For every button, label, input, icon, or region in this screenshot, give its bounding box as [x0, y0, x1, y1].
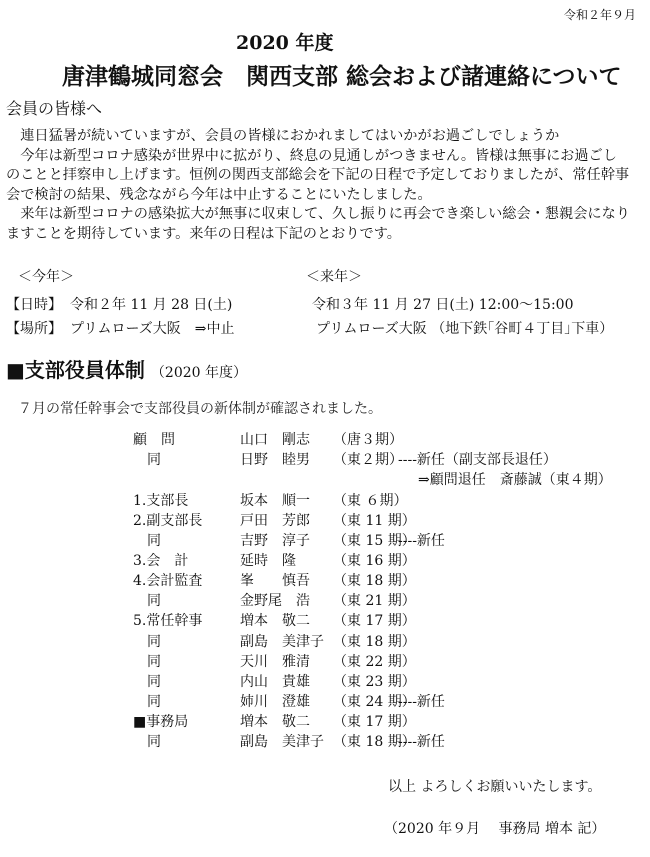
roster-name: 増本 敬二	[240, 610, 310, 630]
year-title: 2020 年度	[236, 28, 334, 55]
roster-term: （東２期）	[333, 449, 403, 469]
document-date: 令和２年９月	[564, 6, 636, 23]
roster-name: 内山 貴雄	[240, 671, 310, 691]
roster-name: 山口 剛志	[240, 429, 310, 449]
roster-name: 峯 慎吾	[240, 570, 310, 590]
roster-role: 同	[133, 530, 161, 550]
body-line: 会で検討の結果、残念ながら今年は中止することにいたしました。	[6, 186, 646, 206]
roster-name: 姉川 澄雄	[240, 691, 310, 711]
place-label: 【場所】	[6, 318, 62, 338]
body-text: 連日猛暑が続いていますが、会員の皆様におかれましてはいかがお過ごしでしょうか 今…	[6, 127, 646, 244]
body-line: 今年は新型コロナ感染が世界中に拡がり、終息の見通しがつきません。皆様は無事にお過…	[6, 147, 646, 167]
roster-term: （東 ６期）	[333, 490, 407, 510]
roster-role: 同	[133, 631, 161, 651]
roster-name: 戸田 芳郎	[240, 510, 310, 530]
roster-term: （唐３期）	[333, 429, 403, 449]
roster-name: 日野 睦男	[240, 449, 310, 469]
closing-text: 以上 よろしくお願いいたします。	[388, 776, 601, 796]
next-year-date: 令和３年 11 月 27 日(土) 12:00～15:00	[312, 294, 574, 314]
body-line: 連日猛暑が続いていますが、会員の皆様におかれましてはいかがお過ごしでしょうか	[6, 127, 646, 147]
roster-role: ■事務局	[133, 711, 188, 731]
date-label: 【日時】	[6, 294, 62, 314]
roster-name: 金野尾 浩	[240, 590, 310, 610]
main-title: 唐津鶴城同窓会 関西支部 総会および諸連絡について	[62, 58, 622, 91]
roster-role: 同	[133, 671, 161, 691]
next-year-label: ＜来年＞	[306, 266, 362, 286]
roster-note: ----新任	[398, 530, 445, 550]
roster-role: 5.常任幹事	[133, 610, 202, 630]
body-line: 来年は新型コロナの感染拡大が無事に収束して、久し振りに再会でき楽しい総会・懇親会…	[6, 205, 646, 225]
this-year-date: 令和２年 11 月 28 日(土)	[70, 294, 232, 314]
roster-name: 吉野 淳子	[240, 530, 310, 550]
roster-name: 坂本 順一	[240, 490, 310, 510]
body-line: ますことを期待しています。来年の日程は下記のとおりです。	[6, 225, 646, 245]
section-subtitle: （2020 年度）	[151, 365, 247, 381]
roster-term: （東 16 期）	[333, 550, 416, 570]
roster-role: 同	[133, 590, 161, 610]
roster-name: 延時 隆	[240, 550, 296, 570]
salutation: 会員の皆様へ	[6, 96, 102, 119]
body-line: のことと拝察申し上げます。恒例の関西支部総会を下記の日程で予定しておりましたが、…	[6, 166, 646, 186]
roster-role: 同	[133, 691, 161, 711]
signature: （2020 年９月 事務局 増本 記）	[384, 818, 605, 838]
roster-note: ----新任	[398, 731, 445, 751]
this-year-place: プリムローズ大阪 ⇒中止	[70, 318, 234, 338]
roster-role: 顧 問	[133, 429, 175, 449]
roster-role: 同	[133, 449, 161, 469]
roster-role: 同	[133, 731, 161, 751]
section-heading: ■支部役員体制（2020 年度）	[6, 354, 247, 383]
roster-term: （東 23 期）	[333, 671, 416, 691]
roster-term: （東 17 期）	[333, 610, 416, 630]
roster-term: （東 22 期）	[333, 651, 416, 671]
roster-term: （東 18 期）	[333, 570, 416, 590]
this-year-label: ＜今年＞	[18, 266, 74, 286]
roster-role: 3.会 計	[133, 550, 188, 570]
roster-note: ⇒顧問退任 斎藤誠（東４期）	[418, 469, 612, 489]
section-title: ■支部役員体制	[6, 358, 145, 382]
roster-term: （東 18 期）	[333, 631, 416, 651]
roster-role: 1.支部長	[133, 490, 188, 510]
roster-name: 副島 美津子	[240, 731, 324, 751]
roster-note: ----新任	[398, 691, 445, 711]
roster-role: 同	[133, 651, 161, 671]
confirm-text: ７月の常任幹事会で支部役員の新体制が確認されました。	[18, 398, 382, 418]
roster-term: （東 11 期）	[333, 510, 416, 530]
roster-term: （東 21 期）	[333, 590, 416, 610]
roster-role: 2.副支部長	[133, 510, 202, 530]
roster-name: 天川 雅清	[240, 651, 310, 671]
roster-term: （東 17 期）	[333, 711, 416, 731]
roster-note: ----新任（副支部長退任）	[398, 449, 557, 469]
next-year-place: プリムローズ大阪 （地下鉄｢谷町４丁目｣下車）	[316, 318, 613, 338]
roster-name: 副島 美津子	[240, 631, 324, 651]
roster-role: 4.会計監査	[133, 570, 202, 590]
roster-name: 増本 敬二	[240, 711, 310, 731]
